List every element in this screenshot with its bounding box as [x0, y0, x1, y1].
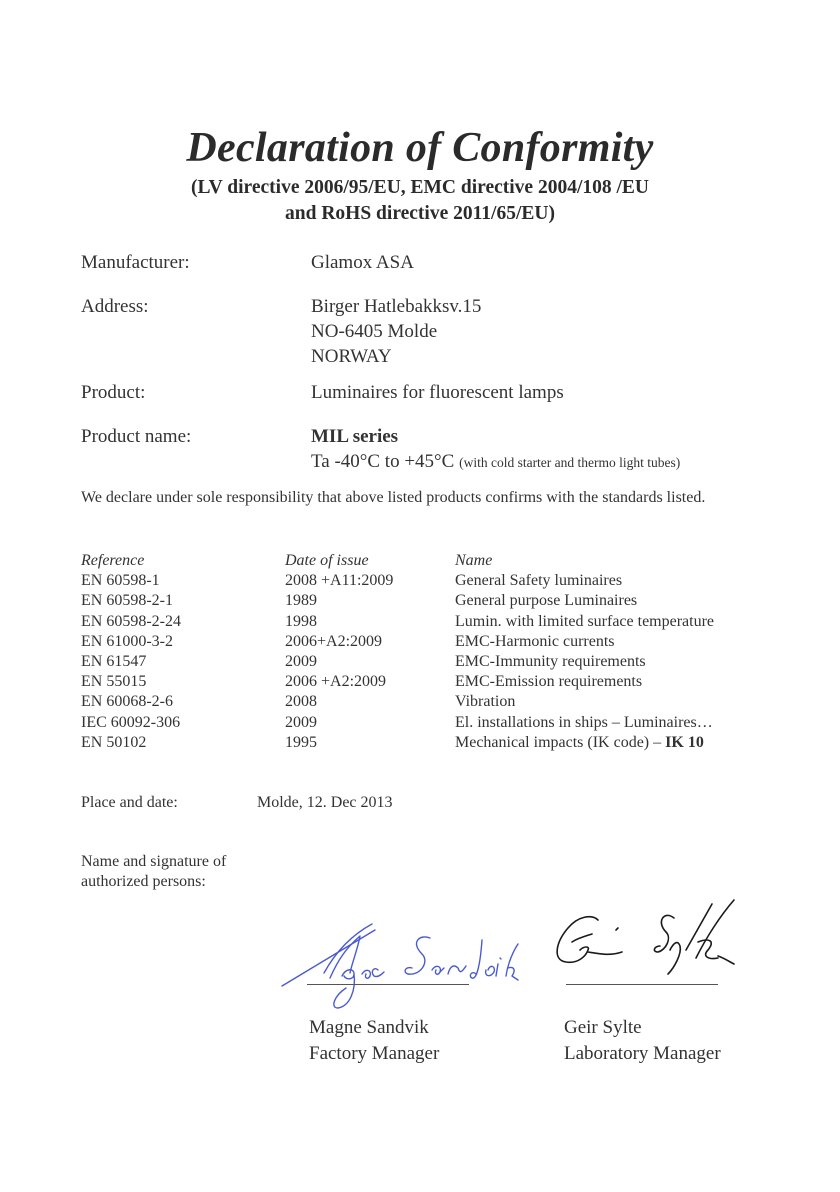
standard-name: EMC-Immunity requirements — [455, 652, 714, 672]
header-date-of-issue: Date of issue — [285, 551, 455, 571]
standard-reference: EN 61547 — [81, 652, 285, 672]
standard-date-of-issue: 2008 — [285, 692, 455, 712]
standard-name: EMC-Emission requirements — [455, 672, 714, 692]
header-reference: Reference — [81, 551, 285, 571]
place-date-value: Molde, 12. Dec 2013 — [257, 794, 393, 812]
standard-date-of-issue: 2006+A2:2009 — [285, 632, 455, 652]
signature-line-1 — [307, 984, 469, 985]
standard-name-text: EMC-Harmonic currents — [455, 633, 615, 650]
header-name: Name — [455, 551, 714, 571]
signatory-2-title: Laboratory Manager — [564, 1041, 721, 1067]
standard-name-text: Vibration — [455, 693, 515, 710]
standard-date-of-issue: 1995 — [285, 733, 455, 753]
standards-row: EN 60598-2-241998Lumin. with limited sur… — [81, 612, 714, 632]
standard-name-text: General Safety luminaires — [455, 572, 622, 589]
standard-reference: EN 60598-1 — [81, 571, 285, 591]
manufacturer-value: Glamox ASA — [311, 250, 414, 275]
declaration-document: Declaration of Conformity (LV directive … — [0, 0, 840, 1192]
standard-name-text: EMC-Emission requirements — [455, 673, 642, 690]
standard-reference: IEC 60092-306 — [81, 713, 285, 733]
standards-row: EN 60068-2-62008Vibration — [81, 692, 714, 712]
signatory-1: Magne Sandvik Factory Manager — [309, 1015, 439, 1067]
standards-row: EN 501021995Mechanical impacts (IK code)… — [81, 733, 714, 753]
signatory-1-title: Factory Manager — [309, 1041, 439, 1067]
signatory-2: Geir Sylte Laboratory Manager — [564, 1015, 721, 1067]
document-subtitle-line2: and RoHS directive 2011/65/EU) — [0, 203, 840, 225]
temperature-value: Ta -40°C to +45°C — [311, 451, 454, 472]
document-title: Declaration of Conformity — [0, 124, 840, 172]
product-value: Luminaires for fluorescent lamps — [311, 380, 564, 405]
standard-name: El. installations in ships – Luminaires… — [455, 713, 714, 733]
authorized-label-line1: Name and signature of — [81, 852, 226, 872]
product-name-label: Product name: — [81, 426, 191, 448]
standard-name-text: Mechanical impacts (IK code) – — [455, 734, 665, 751]
impact-rating: IK 10 — [665, 734, 704, 751]
manufacturer-label: Manufacturer: — [81, 252, 190, 274]
standard-reference: EN 60068-2-6 — [81, 692, 285, 712]
authorized-persons-label: Name and signature of authorized persons… — [81, 852, 226, 892]
standard-name: Lumin. with limited surface temperature — [455, 612, 714, 632]
standard-reference: EN 61000-3-2 — [81, 632, 285, 652]
standard-name-text: El. installations in ships – Luminaires… — [455, 714, 713, 731]
standard-reference: EN 60598-2-1 — [81, 591, 285, 611]
standard-name: General Safety luminaires — [455, 571, 714, 591]
document-subtitle-line1: (LV directive 2006/95/EU, EMC directive … — [0, 177, 840, 199]
product-label: Product: — [81, 382, 145, 404]
standards-header-row: Reference Date of issue Name — [81, 551, 714, 571]
standard-name-text: Lumin. with limited surface temperature — [455, 613, 714, 630]
standard-date-of-issue: 2009 — [285, 713, 455, 733]
standard-date-of-issue: 1998 — [285, 612, 455, 632]
address-line-1: Birger Hatlebakksv.15 — [311, 294, 481, 319]
standard-name-text: General purpose Luminaires — [455, 592, 637, 609]
standards-row: IEC 60092-3062009El. installations in sh… — [81, 713, 714, 733]
standards-row: EN 615472009EMC-Immunity requirements — [81, 652, 714, 672]
address-line-3: NORWAY — [311, 344, 481, 369]
standards-row: EN 550152006 +A2:2009EMC-Emission requir… — [81, 672, 714, 692]
product-temperature-range: Ta -40°C to +45°C (with cold starter and… — [311, 449, 680, 475]
standard-name: Mechanical impacts (IK code) – IK 10 — [455, 733, 714, 753]
standard-reference: EN 50102 — [81, 733, 285, 753]
signatory-2-name: Geir Sylte — [564, 1015, 721, 1041]
product-series: MIL series — [311, 424, 680, 449]
standard-name: General purpose Luminaires — [455, 591, 714, 611]
temperature-note: (with cold starter and thermo light tube… — [459, 455, 680, 470]
address-value: Birger Hatlebakksv.15 NO-6405 Molde NORW… — [311, 294, 481, 369]
standard-name: EMC-Harmonic currents — [455, 632, 714, 652]
place-date-label: Place and date: — [81, 794, 178, 812]
signature-line-2 — [566, 984, 718, 985]
signature-geir-sylte — [548, 898, 778, 988]
address-line-2: NO-6405 Molde — [311, 319, 481, 344]
standards-row: EN 61000-3-22006+A2:2009EMC-Harmonic cur… — [81, 632, 714, 652]
standard-date-of-issue: 1989 — [285, 591, 455, 611]
standard-reference: EN 55015 — [81, 672, 285, 692]
address-label: Address: — [81, 296, 149, 318]
declaration-statement: We declare under sole responsibility tha… — [81, 488, 761, 508]
standards-row: EN 60598-2-11989General purpose Luminair… — [81, 591, 714, 611]
signature-magne-sandvik — [280, 918, 520, 1013]
standard-name-text: EMC-Immunity requirements — [455, 653, 646, 670]
standard-name: Vibration — [455, 692, 714, 712]
authorized-label-line2: authorized persons: — [81, 872, 226, 892]
product-name-value: MIL series Ta -40°C to +45°C (with cold … — [311, 424, 680, 475]
standard-date-of-issue: 2009 — [285, 652, 455, 672]
signatory-1-name: Magne Sandvik — [309, 1015, 439, 1041]
standard-date-of-issue: 2006 +A2:2009 — [285, 672, 455, 692]
standards-table: Reference Date of issue Name EN 60598-12… — [81, 551, 714, 753]
standard-reference: EN 60598-2-24 — [81, 612, 285, 632]
standards-row: EN 60598-12008 +A11:2009General Safety l… — [81, 571, 714, 591]
standards-table-body: EN 60598-12008 +A11:2009General Safety l… — [81, 571, 714, 753]
standard-date-of-issue: 2008 +A11:2009 — [285, 571, 455, 591]
